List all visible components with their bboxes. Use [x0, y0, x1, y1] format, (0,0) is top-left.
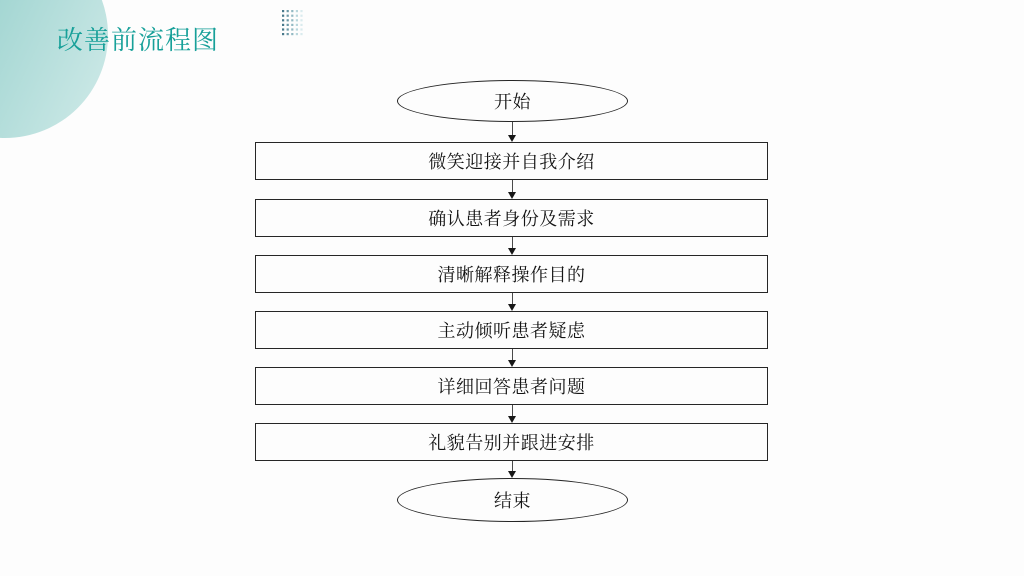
flow-node-step-2: 确认患者身份及需求	[255, 199, 768, 237]
flow-arrow-down	[508, 349, 517, 367]
flow-arrow-down	[508, 405, 517, 423]
flow-arrow-down	[508, 122, 517, 142]
flow-node-step-4: 主动倾听患者疑虑	[255, 311, 768, 349]
flowchart: 开始 微笑迎接并自我介绍 确认患者身份及需求 清晰解释操作目的 主动倾听患者疑虑…	[0, 0, 1024, 576]
slide: 改善前流程图	[0, 0, 1024, 576]
flow-arrow-down	[508, 461, 517, 478]
flow-arrow-down	[508, 293, 517, 311]
flow-node-step-1: 微笑迎接并自我介绍	[255, 142, 768, 180]
flow-node-step-3: 清晰解释操作目的	[255, 255, 768, 293]
flow-arrow-down	[508, 180, 517, 199]
flow-arrow-down	[508, 237, 517, 255]
flow-node-step-5: 详细回答患者问题	[255, 367, 768, 405]
flow-node-end: 结束	[397, 478, 628, 522]
flow-node-start: 开始	[397, 80, 628, 122]
flow-node-step-6: 礼貌告别并跟进安排	[255, 423, 768, 461]
